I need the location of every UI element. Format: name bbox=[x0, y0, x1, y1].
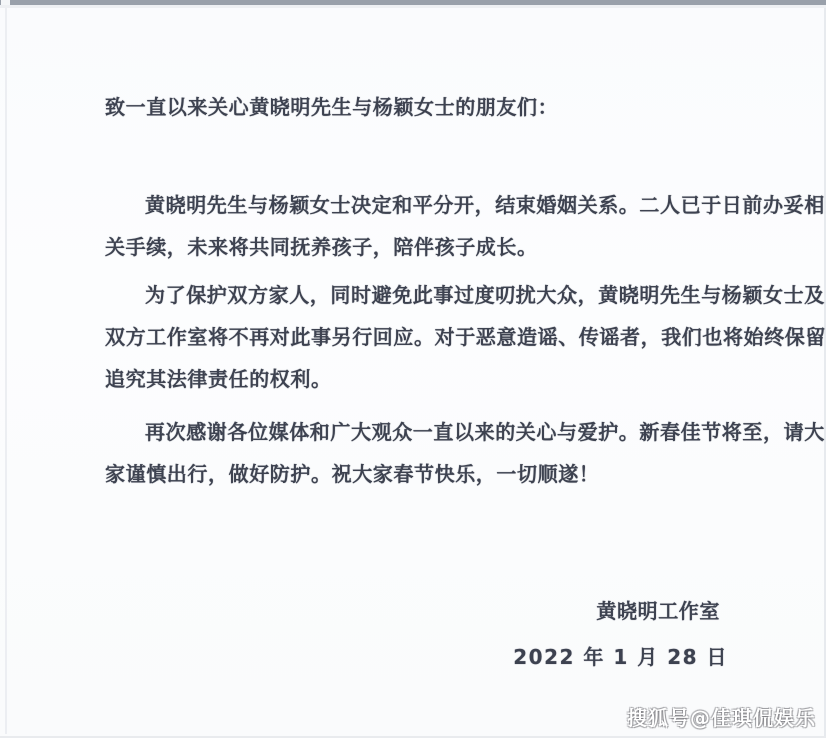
paragraph-line: 黄晓明先生与杨颖女士决定和平分开，结束婚姻关系。二人已于日前办妥相 bbox=[105, 184, 750, 226]
paragraph-line: 关手续，未来将共同抚养孩子，陪伴孩子成长。 bbox=[105, 226, 750, 268]
letter-paragraph-2: 为了保护双方家人，同时避免此事过度叨扰大众，黄晓明先生与杨颖女士及 双方工作室将… bbox=[105, 274, 750, 400]
letter-paragraph-1: 黄晓明先生与杨颖女士决定和平分开，结束婚姻关系。二人已于日前办妥相 关手续，未来… bbox=[105, 184, 750, 268]
letter-body: 致一直以来关心黄晓明先生与杨颖女士的朋友们： 黄晓明先生与杨颖女士决定和平分开，… bbox=[105, 86, 750, 678]
paragraph-line: 再次感谢各位媒体和广大观众一直以来的关心与爱护。新春佳节将至，请大 bbox=[105, 411, 750, 453]
letter-signoff: 黄晓明工作室 2022 年 1 月 28 日 bbox=[105, 590, 750, 678]
letter-paragraph-3: 再次感谢各位媒体和广大观众一直以来的关心与爱护。新春佳节将至，请大 家谨慎出行，… bbox=[105, 411, 750, 495]
letter-signature: 黄晓明工作室 bbox=[105, 590, 750, 632]
paragraph-line: 为了保护双方家人，同时避免此事过度叨扰大众，黄晓明先生与杨颖女士及 bbox=[105, 274, 750, 316]
paragraph-line: 追究其法律责任的权利。 bbox=[105, 358, 750, 400]
letter-salutation: 致一直以来关心黄晓明先生与杨颖女士的朋友们： bbox=[105, 86, 750, 128]
paragraph-line: 双方工作室将不再对此事另行回应。对于恶意造谣、传谣者，我们也将始终保留 bbox=[105, 316, 750, 358]
photo-top-edge-shadow bbox=[0, 5, 826, 8]
letter-date: 2022 年 1 月 28 日 bbox=[105, 636, 750, 678]
sohu-account-watermark: 搜狐号@佳琪侃娱乐 bbox=[627, 702, 816, 731]
photo-of-letter: 致一直以来关心黄晓明先生与杨颖女士的朋友们： 黄晓明先生与杨颖女士决定和平分开，… bbox=[0, 0, 826, 738]
photo-left-edge bbox=[5, 8, 7, 734]
paragraph-line: 家谨慎出行，做好防护。祝大家春节快乐，一切顺遂！ bbox=[105, 453, 750, 495]
